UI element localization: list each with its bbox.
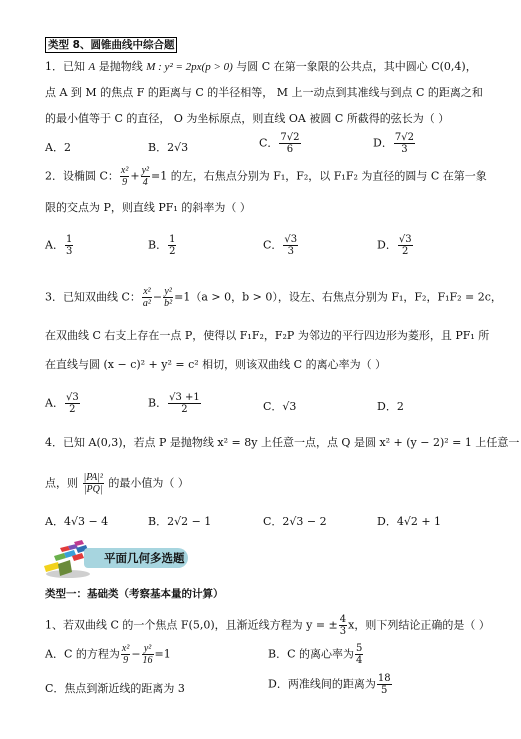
q2-text: 2．设椭圆 C： [45, 170, 119, 183]
q2-option-d[interactable]: D．√32 [377, 234, 414, 257]
option-label: C． [45, 682, 64, 695]
q1-stem-line1: 1．已知 A 是抛物线 M : y² = 2px(p > 0) 与圆 C 在第一… [45, 60, 477, 74]
option-label: D． [377, 400, 397, 413]
numerator: y² [163, 286, 173, 298]
option-label: C． [263, 400, 282, 413]
section-banner: 平面几何多选题 [44, 540, 194, 578]
q1-text: 1．已知 [45, 60, 89, 73]
option-value: 2 [64, 141, 71, 154]
fraction: x²9 [120, 165, 129, 188]
numerator: √3 [283, 234, 298, 246]
option-value: 2√3 − 2 [282, 515, 326, 528]
q3-stem-line3: 在直线与圆 (x − c)² + y² = c² 相切，则该双曲线 C 的离心率… [45, 358, 386, 372]
q1-option-a[interactable]: A．2 [45, 139, 71, 155]
option-text: C 的方程为 [64, 648, 120, 661]
mq1-text: 1、若双曲线 C 的一个焦点 F(5,0)，且渐近线方程为 y = ± [45, 619, 338, 632]
denominator: 3 [339, 626, 347, 637]
option-label: A． [45, 239, 64, 252]
option-value: √3 [282, 400, 296, 413]
section-heading: 类型 8、圆锥曲线中综合题 [45, 37, 177, 53]
fraction: |PA|²|PQ| [83, 472, 104, 495]
denominator: |PQ| [83, 484, 104, 495]
q2-option-b[interactable]: B．12 [148, 234, 177, 257]
numerator: √3 +1 [168, 392, 201, 404]
fraction: y²16 [142, 643, 154, 666]
q2-text: =1 的左，右焦点分别为 F₁，F₂，以 F₁F₂ 为直径的圆与 C 在第一象 [151, 170, 487, 183]
numerator: 4 [339, 614, 347, 626]
fraction: 54 [355, 643, 363, 666]
fraction: y²4 [141, 165, 150, 188]
denominator: 6 [279, 144, 300, 155]
q1-stem-line2: 点 A 到 M 的焦点 F 的距离与 C 的半径相等， M 上一动点到其准线与到… [45, 86, 483, 100]
mq1-stem: 1、若双曲线 C 的一个焦点 F(5,0)，且渐近线方程为 y = ±43x，则… [45, 614, 490, 637]
mq1-text: x，则下列结论正确的是（ ） [348, 619, 490, 632]
option-label: B． [148, 515, 167, 528]
fraction: √33 [283, 234, 298, 257]
fraction: y²b² [163, 286, 173, 309]
option-label: B． [148, 397, 167, 410]
numerator: 1 [168, 234, 176, 246]
q3-option-a[interactable]: A．√32 [45, 392, 81, 415]
option-label: D． [373, 137, 393, 150]
denominator: 4 [355, 655, 363, 666]
denominator: 2 [168, 246, 176, 257]
q4-text: 点，则 [45, 477, 82, 490]
operator: − [131, 648, 140, 661]
q4-option-b[interactable]: B．2√2 − 1 [148, 513, 211, 529]
option-label: A． [45, 397, 64, 410]
denominator: 3 [394, 144, 415, 155]
q1-text: 是抛物线 [95, 60, 146, 73]
option-text: 焦点到渐近线的距离为 3 [64, 682, 185, 695]
numerator: 1 [65, 234, 73, 246]
q2-option-c[interactable]: C．√33 [263, 234, 299, 257]
fraction: 185 [377, 673, 392, 696]
denominator: 9 [120, 177, 129, 188]
q2-stem-line1: 2．设椭圆 C：x²9+y²4=1 的左，右焦点分别为 F₁，F₂，以 F₁F₂… [45, 165, 487, 188]
banner-title: 平面几何多选题 [104, 550, 185, 566]
option-text: 两准线间的距离为 [288, 678, 376, 691]
fraction: x²a² [142, 286, 152, 309]
operator: − [153, 291, 162, 304]
fraction: 43 [339, 614, 347, 637]
denominator: 2 [398, 246, 413, 257]
q3-stem-line1: 3．已知双曲线 C：x²a²−y²b²=1（a > 0，b > 0），设左、右焦… [45, 286, 502, 309]
option-label: D． [377, 515, 397, 528]
q3-text: 3．已知双曲线 C： [45, 291, 141, 304]
q1-stem-line3: 的最小值等于 C 的直径， O 为坐标原点，则直线 OA 被圆 C 所截得的弦长… [45, 112, 449, 126]
denominator: 3 [283, 246, 298, 257]
numerator: x² [142, 286, 152, 298]
type-heading: 类型一：基础类（考察基本量的计算） [45, 586, 224, 601]
option-label: B． [148, 239, 167, 252]
option-label: A． [45, 515, 64, 528]
option-value: 2 [397, 400, 404, 413]
q4-option-a[interactable]: A．4√3 − 4 [45, 513, 108, 529]
q3-option-c[interactable]: C．√3 [263, 398, 296, 414]
q3-option-d[interactable]: D．2 [377, 398, 404, 414]
numerator: 5 [355, 643, 363, 655]
option-label: D． [377, 239, 397, 252]
mq1-option-a[interactable]: A．C 的方程为x²9−y²16=1 [45, 643, 171, 666]
operator: + [130, 170, 139, 183]
denominator: 16 [142, 655, 154, 666]
q4-text: 的最小值为（ ） [105, 477, 189, 490]
q4-stem-line2: 点，则 |PA|²|PQ| 的最小值为（ ） [45, 472, 189, 495]
q1-option-c[interactable]: C．7√26 [259, 132, 302, 155]
q2-option-a[interactable]: A．13 [45, 234, 74, 257]
mq1-option-d[interactable]: D．两准线间的距离为185 [268, 673, 393, 696]
option-label: D． [268, 678, 288, 691]
option-label: B． [268, 648, 287, 661]
option-value: 2√3 [167, 141, 188, 154]
option-value: 4√2 + 1 [397, 515, 441, 528]
numerator: x² [121, 643, 130, 655]
mq1-option-b[interactable]: B．C 的离心率为54 [268, 643, 364, 666]
fraction: 7√26 [279, 132, 300, 155]
q4-option-d[interactable]: D．4√2 + 1 [377, 513, 441, 529]
fraction: x²9 [121, 643, 130, 666]
mq1-option-c[interactable]: C．焦点到渐近线的距离为 3 [45, 680, 185, 696]
option-value: 2√2 − 1 [167, 515, 211, 528]
numerator: x² [120, 165, 129, 177]
option-value: 4√3 − 4 [64, 515, 108, 528]
numerator: 18 [377, 673, 392, 685]
denominator: 2 [65, 404, 80, 415]
denominator: 2 [168, 404, 201, 415]
q4-stem-line1: 4．已知 A(0,3)，若点 P 是抛物线 x² = 8y 上任意一点，点 Q … [45, 436, 519, 450]
option-label: A． [45, 141, 64, 154]
denominator: 3 [65, 246, 73, 257]
q3-option-b[interactable]: B．√3 +12 [148, 392, 202, 415]
numerator: |PA|² [83, 472, 104, 484]
q3-stem-line2: 在双曲线 C 右支上存在一点 P，使得以 F₁F₂，F₂P 为邻边的平行四边形为… [45, 329, 489, 343]
fraction: √3 +12 [168, 392, 201, 415]
numerator: 7√2 [279, 132, 300, 144]
q4-option-c[interactable]: C．2√3 − 2 [263, 513, 327, 529]
fraction: √32 [398, 234, 413, 257]
option-label: A． [45, 648, 64, 661]
denominator: b² [163, 298, 173, 309]
option-text: =1 [155, 648, 171, 661]
fraction: 13 [65, 234, 73, 257]
denominator: 9 [121, 655, 130, 666]
q1-text: 与圆 C 在第一象限的公共点，其中圆心 C(0,4)， [233, 60, 477, 73]
option-label: C． [263, 515, 282, 528]
denominator: 4 [141, 177, 150, 188]
q1-option-d[interactable]: D．7√23 [373, 132, 416, 155]
numerator: 7√2 [394, 132, 415, 144]
numerator: y² [141, 165, 150, 177]
denominator: a² [142, 298, 152, 309]
numerator: √3 [398, 234, 413, 246]
q1-equation: M : y² = 2px(p > 0) [146, 61, 233, 73]
option-label: C． [259, 137, 278, 150]
q1-option-b[interactable]: B．2√3 [148, 139, 188, 155]
option-label: C． [263, 239, 282, 252]
fraction: 12 [168, 234, 176, 257]
q2-stem-line2: 限的交点为 P，则直线 PF₁ 的斜率为（ ） [45, 201, 251, 215]
denominator: 5 [377, 685, 392, 696]
option-text: C 的离心率为 [287, 648, 354, 661]
numerator: y² [142, 643, 154, 655]
option-label: B． [148, 141, 167, 154]
fraction: 7√23 [394, 132, 415, 155]
q3-text: =1（a > 0，b > 0），设左、右焦点分别为 F₁，F₂，F₁F₂ = 2… [174, 291, 502, 304]
numerator: √3 [65, 392, 80, 404]
fraction: √32 [65, 392, 80, 415]
